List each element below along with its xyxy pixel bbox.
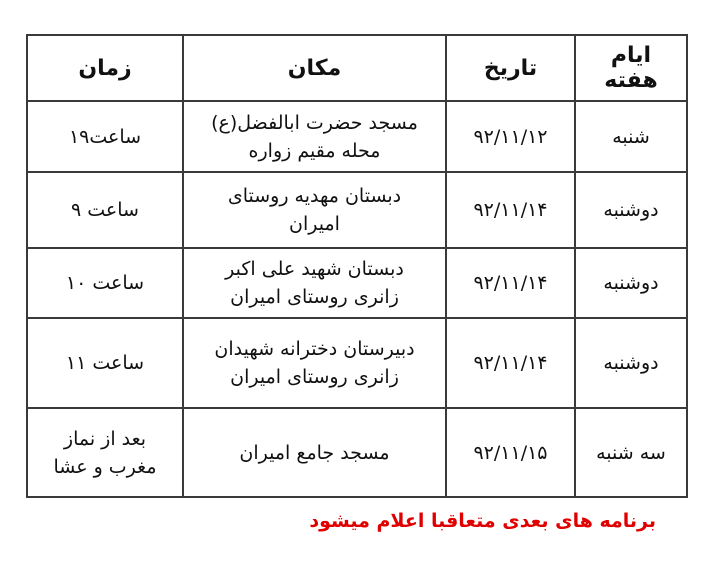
header-row: ایام هفته تاریخ مکان زمان (27, 35, 687, 101)
cell-day: دوشنبه (575, 172, 687, 248)
cell-time: ساعت ۹ (27, 172, 183, 248)
place-line: مسجد جامع امیران (190, 439, 439, 467)
time-line: ساعت ۱۰ (34, 269, 176, 297)
cell-time: ساعت ۱۰ (27, 248, 183, 318)
table-row: دوشنبه ۹۲/۱۱/۱۴ دبستان شهید علی اکبر زان… (27, 248, 687, 318)
place-line: زانری روستای امیران (190, 363, 439, 391)
time-line: مغرب و عشا (34, 453, 176, 481)
cell-place: دبستان شهید علی اکبر زانری روستای امیران (183, 248, 446, 318)
place-line: امیران (190, 210, 439, 238)
place-line: زانری روستای امیران (190, 283, 439, 311)
place-line: مسجد حضرت ابالفضل(ع) (190, 109, 439, 137)
header-place: مکان (183, 35, 446, 101)
cell-day: دوشنبه (575, 318, 687, 408)
cell-date: ۹۲/۱۱/۱۴ (446, 248, 575, 318)
cell-day: دوشنبه (575, 248, 687, 318)
table-row: شنبه ۹۲/۱۱/۱۲ مسجد حضرت ابالفضل(ع) محله … (27, 101, 687, 172)
cell-day: شنبه (575, 101, 687, 172)
header-day: ایام هفته (575, 35, 687, 101)
time-line: ساعت ۹ (34, 196, 176, 224)
cell-place: مسجد حضرت ابالفضل(ع) محله مقیم زواره (183, 101, 446, 172)
place-line: محله مقیم زواره (190, 137, 439, 165)
cell-date: ۹۲/۱۱/۱۴ (446, 172, 575, 248)
header-time: زمان (27, 35, 183, 101)
cell-date: ۹۲/۱۱/۱۵ (446, 408, 575, 497)
table-row: سه شنبه ۹۲/۱۱/۱۵ مسجد جامع امیران بعد از… (27, 408, 687, 497)
cell-date: ۹۲/۱۱/۱۴ (446, 318, 575, 408)
schedule-document: ایام هفته تاریخ مکان زمان شنبه ۹۲/۱۱/۱۲ … (0, 0, 720, 571)
cell-day: سه شنبه (575, 408, 687, 497)
time-line: ساعت۱۹ (34, 123, 176, 151)
cell-time: ساعت۱۹ (27, 101, 183, 172)
table-row: دوشنبه ۹۲/۱۱/۱۴ دبستان مهدیه روستای امیر… (27, 172, 687, 248)
place-line: دبستان مهدیه روستای (190, 182, 439, 210)
header-date: تاریخ (446, 35, 575, 101)
footer-announcement: برنامه های بعدی متعاقبا اعلام میشود (330, 510, 656, 532)
cell-place: مسجد جامع امیران (183, 408, 446, 497)
cell-time: بعد از نماز مغرب و عشا (27, 408, 183, 497)
place-line: دبیرستان دخترانه شهیدان (190, 335, 439, 363)
cell-date: ۹۲/۱۱/۱۲ (446, 101, 575, 172)
cell-place: دبستان مهدیه روستای امیران (183, 172, 446, 248)
schedule-table: ایام هفته تاریخ مکان زمان شنبه ۹۲/۱۱/۱۲ … (26, 34, 688, 498)
table-row: دوشنبه ۹۲/۱۱/۱۴ دبیرستان دخترانه شهیدان … (27, 318, 687, 408)
cell-time: ساعت ۱۱ (27, 318, 183, 408)
place-line: دبستان شهید علی اکبر (190, 255, 439, 283)
time-line: ساعت ۱۱ (34, 349, 176, 377)
cell-place: دبیرستان دخترانه شهیدان زانری روستای امی… (183, 318, 446, 408)
time-line: بعد از نماز (34, 425, 176, 453)
